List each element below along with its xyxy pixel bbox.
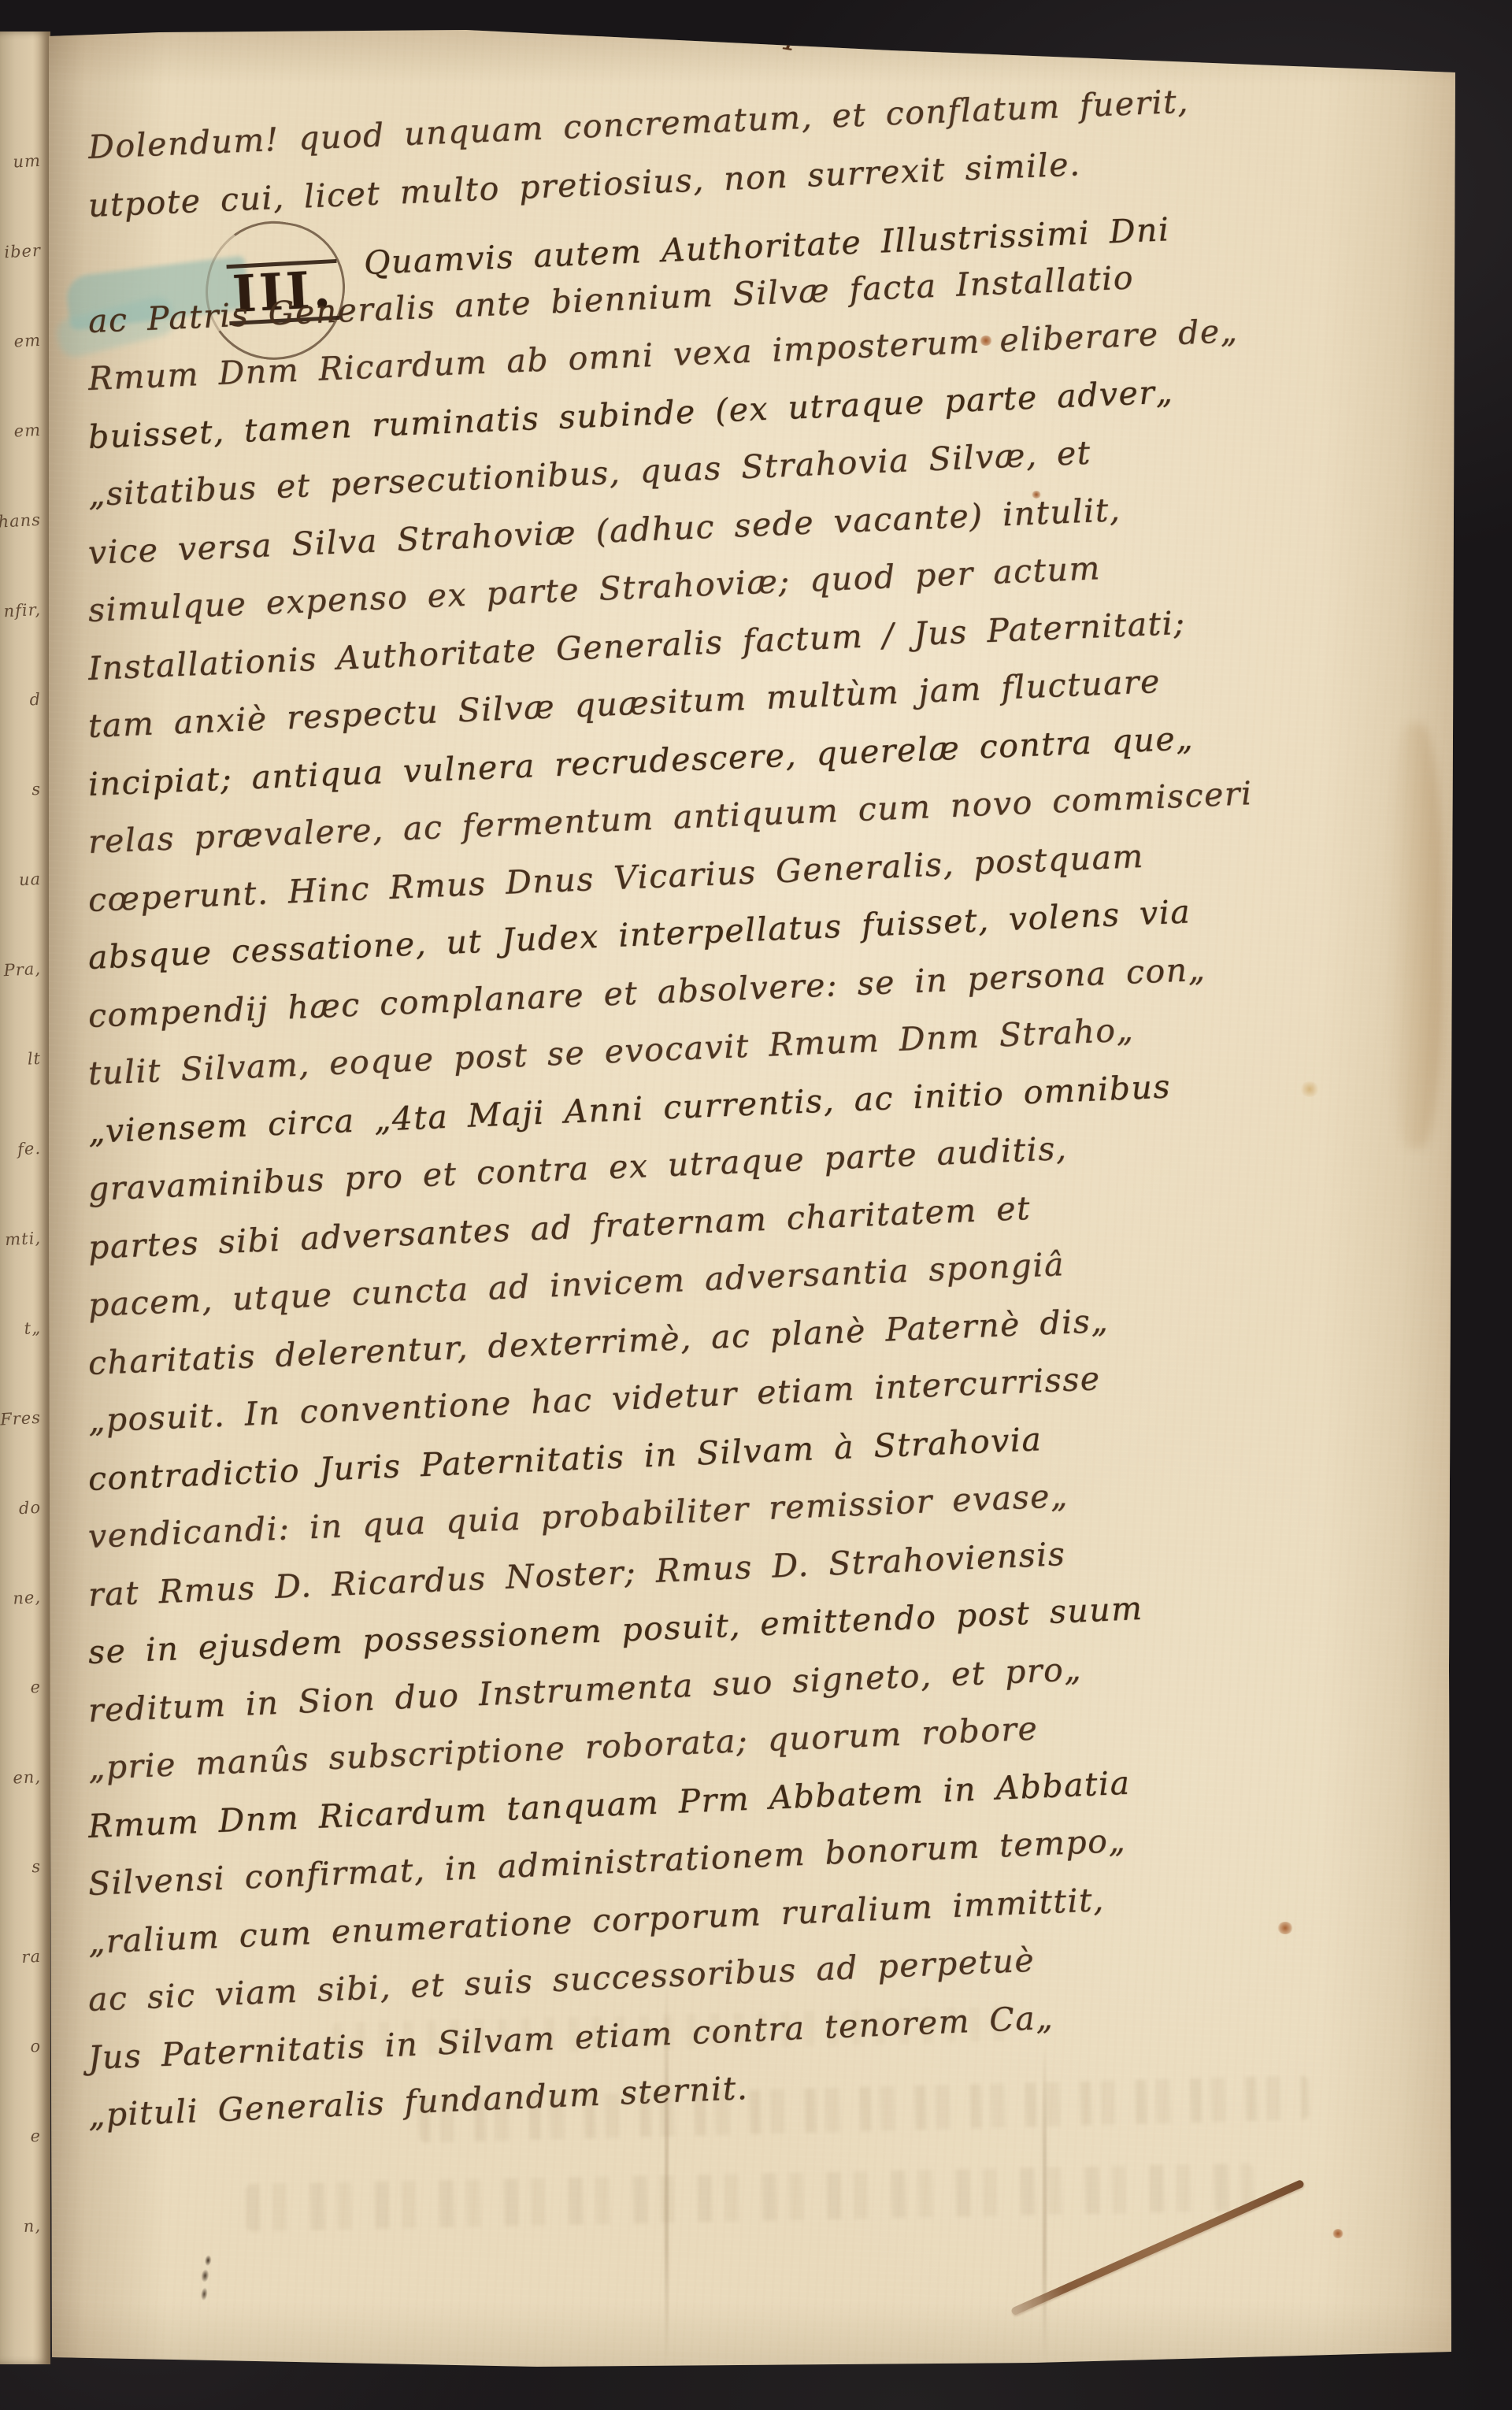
facing-page-text-fragment: do: [0, 1463, 48, 1555]
facing-page-text-fragment: en,: [0, 1732, 48, 1824]
manuscript-page: 4 3 III. Dolendum! quod unquam concremat…: [49, 30, 1455, 2372]
pencil-foliation-mark: 3: [1345, 36, 1368, 71]
facing-page-text-fragment: em: [0, 295, 48, 387]
facing-page-text-fragment: d: [0, 654, 48, 747]
facing-page-text-fragment: fe.: [0, 1103, 48, 1196]
facing-page-text-fragment: um: [0, 116, 48, 208]
facing-page-text-fragment: n,: [0, 2181, 48, 2273]
manuscript-lines: Dolendum! quod unquam concrematum, et co…: [88, 118, 1411, 2145]
facing-page-text-fragment: Pra,: [0, 924, 48, 1016]
rust-stain: [1332, 2229, 1343, 2238]
page-number: 4: [777, 24, 799, 58]
facing-page-text-fragment: ne,: [0, 1552, 48, 1644]
facing-page-text-fragment: e: [0, 2091, 48, 2183]
facing-page-text-fragment: e: [0, 1642, 48, 1734]
facing-page-text-fragment: mti,: [0, 1193, 48, 1285]
facing-page-text-fragment: t„: [0, 1283, 48, 1375]
ink-bleedthrough: [246, 2163, 1254, 2232]
diagonal-ink-stroke: [1010, 2179, 1305, 2316]
facing-page-text-fragment: ra: [0, 1911, 48, 2004]
facing-page-text-fragment: ua: [0, 834, 48, 926]
facing-page-text-fragment: iber: [0, 206, 48, 298]
facing-page-text-fragment: lt: [0, 1014, 48, 1106]
facing-page-text-fragment: Fres: [0, 1373, 48, 1465]
facing-page-text-fragment: o: [0, 2001, 48, 2093]
photo-backdrop: umiberememhansnfir,dsuaPra,ltfe.mti,t„Fr…: [0, 0, 1512, 2410]
ink-blot: [194, 2252, 218, 2305]
facing-page-fragments: umiberememhansnfir,dsuaPra,ltfe.mti,t„Fr…: [0, 117, 46, 2271]
facing-page-text-fragment: nfir,: [0, 565, 48, 657]
facing-page-text-fragment: s: [0, 1822, 48, 1914]
facing-page-text-fragment: em: [0, 385, 48, 477]
facing-page-sliver: umiberememhansnfir,dsuaPra,ltfe.mti,t„Fr…: [0, 32, 50, 2364]
facing-page-text-fragment: s: [0, 744, 48, 836]
facing-page-text-fragment: hans: [0, 475, 48, 567]
